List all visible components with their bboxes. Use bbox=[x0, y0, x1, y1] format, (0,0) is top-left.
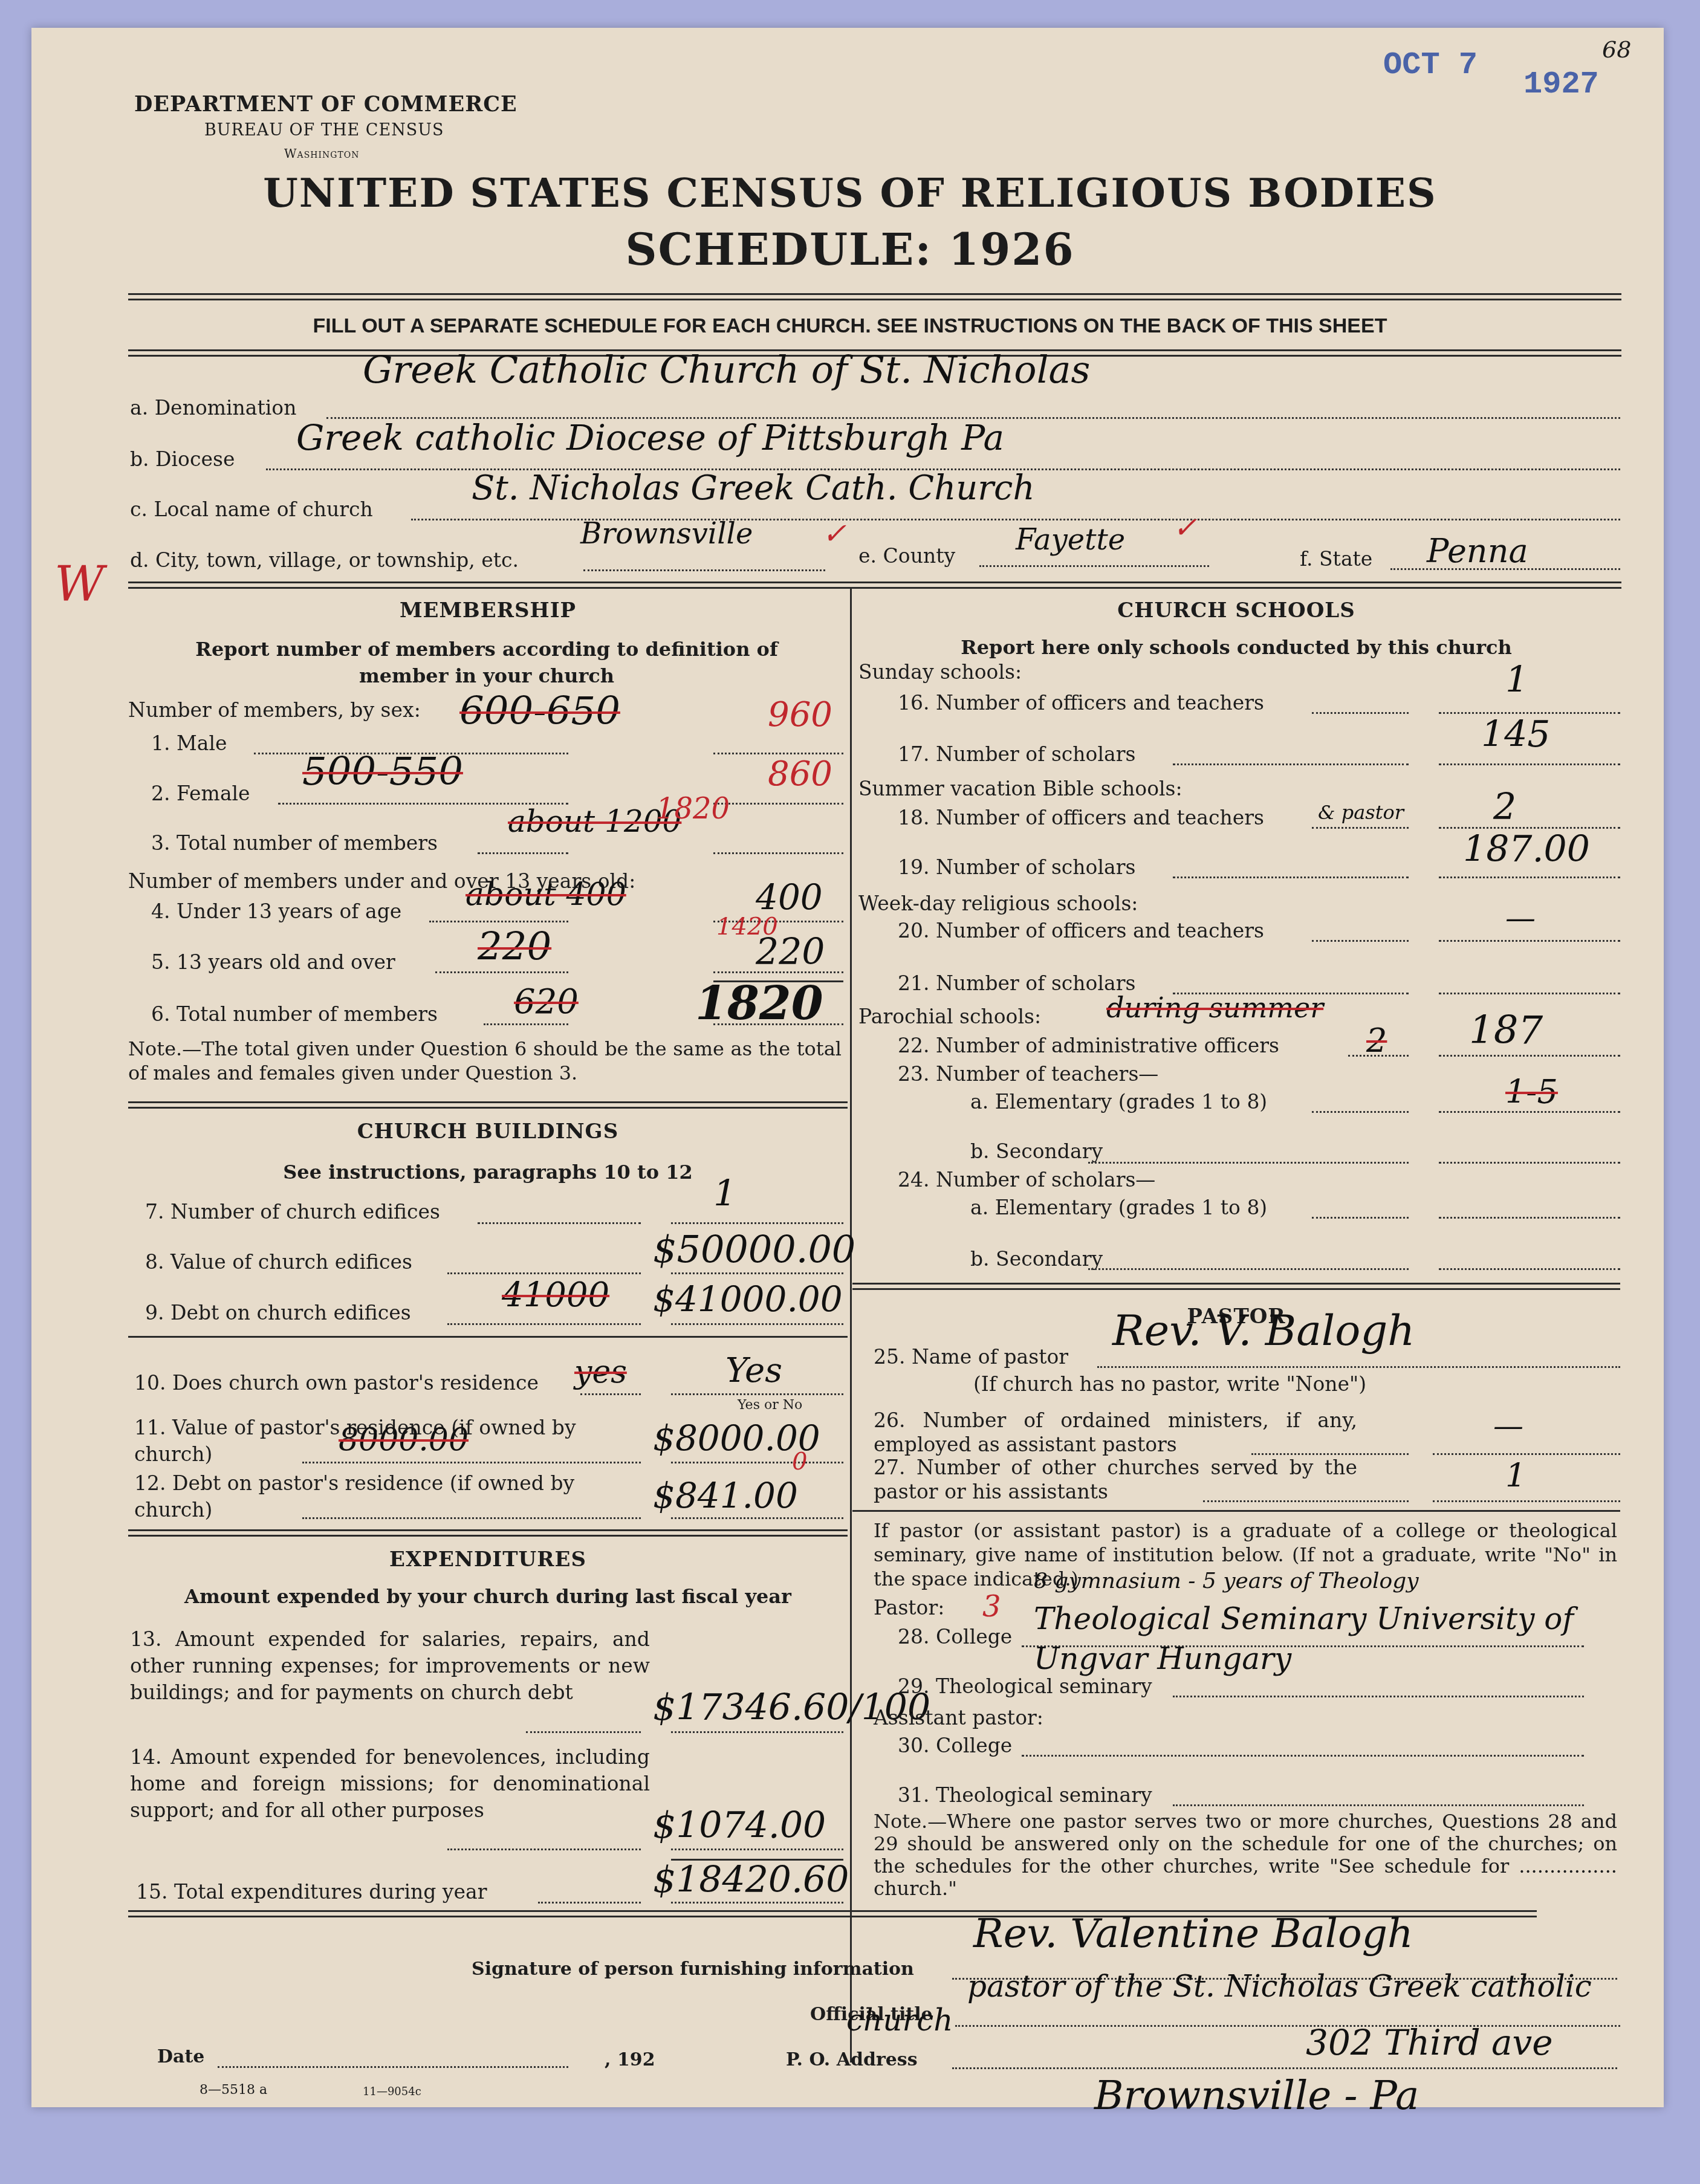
total-members-6-value[interactable]: 1820 bbox=[695, 976, 823, 1030]
other-churches-value[interactable]: 1 bbox=[1505, 1457, 1526, 1495]
assistant-seminary-label: 31. Theological seminary bbox=[898, 1783, 1152, 1807]
seminary-label: 29. Theological seminary bbox=[898, 1674, 1152, 1698]
assistant-pastor-label: Assistant pastor: bbox=[874, 1706, 1043, 1729]
teachers-label: 23. Number of teachers— bbox=[898, 1062, 1158, 1086]
edifices-debt-struck-value: 41000 bbox=[502, 1275, 609, 1315]
teachers-elementary-dots bbox=[1312, 1111, 1409, 1113]
benevolences-value[interactable]: $1074.00 bbox=[653, 1804, 826, 1847]
denomination-label: a. Denomination bbox=[130, 396, 296, 420]
weekday-teachers-dots bbox=[1312, 940, 1409, 942]
weekday-scholars-field[interactable] bbox=[1439, 993, 1620, 994]
buildings-heading: CHURCH BUILDINGS bbox=[128, 1120, 848, 1144]
total-members-6-label: 6. Total number of members bbox=[151, 1002, 438, 1026]
state-label: f. State bbox=[1300, 547, 1372, 571]
pastor-note: Note.—Where one pastor serves two or mor… bbox=[874, 1810, 1617, 1900]
form-title: UNITED STATES CENSUS OF RELIGIOUS BODIES bbox=[0, 169, 1700, 216]
other-churches-dots bbox=[1203, 1500, 1409, 1502]
total-members-6-struck-value: 620 bbox=[514, 982, 579, 1022]
assistant-ministers-value[interactable]: — bbox=[1493, 1408, 1523, 1444]
address-label: P. O. Address bbox=[786, 2049, 918, 2070]
admin-officers-field[interactable] bbox=[1439, 1055, 1620, 1057]
margin-mark: W bbox=[54, 556, 104, 612]
total-members-field[interactable] bbox=[713, 852, 843, 854]
summer-scholars-label: 19. Number of scholars bbox=[898, 855, 1135, 879]
admin-officers-struck-value: 2 bbox=[1366, 1022, 1387, 1060]
assistant-college-field[interactable] bbox=[1022, 1755, 1584, 1757]
edifices-count-value[interactable]: 1 bbox=[713, 1173, 736, 1215]
sunday-scholars-value[interactable]: 145 bbox=[1481, 713, 1551, 756]
summer-schools-label: Summer vacation Bible schools: bbox=[858, 777, 1183, 800]
pastor-name-field[interactable] bbox=[1097, 1366, 1620, 1368]
date-label: Date bbox=[157, 2046, 204, 2067]
residence-debt-field[interactable] bbox=[671, 1517, 843, 1519]
total-expenditures-field[interactable] bbox=[671, 1902, 843, 1904]
teachers-secondary-dots bbox=[1088, 1162, 1409, 1164]
local-name-label: c. Local name of church bbox=[130, 497, 373, 521]
male-value[interactable]: 960 bbox=[768, 695, 832, 734]
state-field[interactable] bbox=[1390, 568, 1620, 570]
residence-value-field[interactable] bbox=[671, 1462, 843, 1463]
female-value[interactable]: 860 bbox=[768, 754, 832, 794]
residence-debt-value[interactable]: $841.00 bbox=[653, 1475, 798, 1516]
total-members-dots bbox=[478, 852, 568, 854]
edifices-count-label: 7. Number of church edifices bbox=[145, 1200, 440, 1223]
pastor-subsection-label: Pastor: bbox=[874, 1596, 944, 1619]
admin-officers-label: 22. Number of administrative officers bbox=[898, 1034, 1279, 1057]
benevolences-label: 14. Amount expended for benevolences, in… bbox=[130, 1744, 650, 1824]
edifices-count-field[interactable] bbox=[671, 1222, 843, 1224]
assistant-ministers-label: 26. Number of ordained ministers, if any… bbox=[874, 1408, 1357, 1457]
bureau-heading: BUREAU OF THE CENSUS bbox=[204, 121, 444, 140]
column-divider bbox=[850, 588, 852, 2062]
total-members-6-dots bbox=[484, 1023, 568, 1025]
total-members-value[interactable]: 1820 bbox=[656, 792, 730, 826]
over-13-value[interactable]: 220 bbox=[756, 931, 825, 973]
teachers-secondary-label: b. Secondary bbox=[970, 1139, 1103, 1163]
schools-divider bbox=[852, 1283, 1620, 1290]
college-label: 28. College bbox=[898, 1625, 1012, 1648]
admin-officers-value[interactable]: 187 bbox=[1469, 1008, 1543, 1053]
teachers-elementary-label: a. Elementary (grades 1 to 8) bbox=[970, 1090, 1267, 1113]
schools-subtitle: Report here only schools conducted by th… bbox=[852, 636, 1620, 659]
total-expenditures-value[interactable]: $18420.60 bbox=[653, 1859, 849, 1901]
edifices-value[interactable]: $50000.00 bbox=[653, 1227, 855, 1271]
scholars-secondary-dots bbox=[1088, 1268, 1409, 1270]
signature-value[interactable]: Rev. Valentine Balogh bbox=[973, 1910, 1413, 1957]
teachers-elementary-struck-value: 1-5 bbox=[1505, 1073, 1558, 1111]
pastor-none-hint: (If church has no pastor, write "None") bbox=[973, 1372, 1366, 1396]
assistant-seminary-field[interactable] bbox=[1173, 1804, 1584, 1806]
edifices-debt-label: 9. Debt on church edifices bbox=[145, 1301, 411, 1324]
residence-debt-label: 12. Debt on pastor's residence (if owned… bbox=[134, 1470, 648, 1523]
buildings-subtitle: See instructions, paragraphs 10 to 12 bbox=[128, 1161, 848, 1184]
edifices-value-label: 8. Value of church edifices bbox=[145, 1250, 412, 1274]
pastor-name-label: 25. Name of pastor bbox=[874, 1345, 1068, 1369]
male-struck-value: 600-650 bbox=[459, 689, 620, 734]
teachers-secondary-field[interactable] bbox=[1439, 1162, 1620, 1164]
owns-residence-struck-value: yes bbox=[574, 1354, 627, 1390]
edifices-debt-value[interactable]: $41000.00 bbox=[653, 1278, 843, 1320]
state-value[interactable]: Penna bbox=[1427, 532, 1528, 570]
residence-value-struck-value: 8000.00 bbox=[339, 1422, 469, 1458]
weekday-teachers-value[interactable]: — bbox=[1505, 901, 1536, 936]
summer-teachers-value[interactable]: 2 bbox=[1493, 786, 1516, 828]
pastor-name-value[interactable]: Rev. V. Balogh bbox=[1112, 1306, 1415, 1355]
sunday-scholars-dots bbox=[1173, 763, 1409, 765]
schools-heading: CHURCH SCHOOLS bbox=[852, 598, 1620, 623]
summer-teachers-label: 18. Number of officers and teachers bbox=[898, 806, 1264, 829]
sunday-teachers-label: 16. Number of officers and teachers bbox=[898, 691, 1264, 714]
city-field[interactable] bbox=[583, 569, 825, 571]
edifices-debt-dots bbox=[447, 1323, 641, 1325]
under-13-value[interactable]: 400 bbox=[756, 877, 823, 918]
expenditures-heading: EXPENDITURES bbox=[128, 1547, 848, 1572]
running-expenses-dots bbox=[526, 1731, 641, 1733]
scholars-elementary-field[interactable] bbox=[1439, 1217, 1620, 1219]
checkmark-icon: ✓ bbox=[1173, 511, 1197, 545]
sunday-scholars-field[interactable] bbox=[1439, 763, 1620, 765]
county-field[interactable] bbox=[979, 565, 1209, 567]
weekday-teachers-label: 20. Number of officers and teachers bbox=[898, 919, 1264, 942]
membership-heading: MEMBERSHIP bbox=[128, 598, 848, 623]
teachers-elementary-field[interactable] bbox=[1439, 1111, 1620, 1113]
identification-divider bbox=[128, 582, 1621, 589]
received-stamp-year: 1927 bbox=[1523, 66, 1599, 102]
local-name-value[interactable]: St. Nicholas Greek Cath. Church bbox=[472, 468, 1034, 508]
over-13-struck-value: 220 bbox=[478, 925, 551, 970]
total-expenditures-dots bbox=[538, 1902, 641, 1904]
owns-residence-field[interactable] bbox=[671, 1393, 843, 1395]
scholars-elementary-dots bbox=[1312, 1217, 1409, 1219]
yes-or-no-hint: Yes or No bbox=[738, 1398, 802, 1413]
female-label: 2. Female bbox=[151, 782, 250, 805]
page-number: 68 bbox=[1602, 36, 1631, 63]
under-13-label: 4. Under 13 years of age bbox=[151, 899, 401, 923]
scholars-label: 24. Number of scholars— bbox=[898, 1168, 1155, 1191]
diocese-label: b. Diocese bbox=[130, 447, 235, 471]
form-code: 8—5518 a bbox=[200, 2082, 267, 2098]
edifices-value-dots bbox=[447, 1272, 641, 1274]
summer-teachers-note: & pastor bbox=[1318, 801, 1404, 824]
female-field[interactable] bbox=[713, 803, 843, 805]
seminary-field[interactable] bbox=[1173, 1696, 1584, 1697]
pastor-subdivider bbox=[852, 1510, 1620, 1512]
address-field[interactable] bbox=[952, 2067, 1617, 2069]
sunday-scholars-label: 17. Number of scholars bbox=[898, 742, 1135, 766]
pastor-mark: 3 bbox=[982, 1590, 1001, 1624]
assistant-college-label: 30. College bbox=[898, 1734, 1012, 1757]
owns-residence-label: 10. Does church own pastor's residence bbox=[134, 1371, 539, 1395]
assistant-ministers-field[interactable] bbox=[1433, 1453, 1620, 1455]
benevolences-dots bbox=[447, 1849, 641, 1850]
residence-debt-correction: 0 bbox=[792, 1448, 807, 1476]
membership-divider bbox=[128, 1101, 848, 1109]
weekday-scholars-label: 21. Number of scholars bbox=[898, 971, 1135, 995]
summer-scholars-dots bbox=[1173, 877, 1409, 878]
checkmark-icon: ✓ bbox=[822, 517, 846, 551]
schedule-title: SCHEDULE: 1926 bbox=[0, 224, 1700, 275]
other-churches-field[interactable] bbox=[1433, 1500, 1620, 1502]
membership-note: Note.—The total given under Question 6 s… bbox=[128, 1037, 842, 1085]
running-expenses-label: 13. Amount expended for salaries, repair… bbox=[130, 1626, 650, 1706]
owns-residence-dots bbox=[580, 1393, 641, 1395]
summer-scholars-field[interactable] bbox=[1439, 877, 1620, 878]
diocese-value[interactable]: Greek catholic Diocese of Pittsburgh Pa bbox=[296, 417, 1004, 458]
edifices-debt-field[interactable] bbox=[671, 1323, 843, 1325]
sunday-teachers-dots bbox=[1312, 712, 1409, 714]
residence-debt-dots bbox=[302, 1517, 641, 1519]
residence-value-dots bbox=[302, 1462, 641, 1463]
scholars-secondary-label: b. Secondary bbox=[970, 1247, 1103, 1271]
benevolences-field[interactable] bbox=[671, 1849, 843, 1850]
female-struck-value: 500-550 bbox=[302, 750, 463, 794]
sunday-teachers-value[interactable]: 1 bbox=[1505, 659, 1528, 701]
print-code: 11—9054c bbox=[363, 2085, 421, 2098]
department-heading: DEPARTMENT OF COMMERCE bbox=[134, 92, 517, 117]
under-13-struck-value: about 400 bbox=[466, 877, 626, 913]
weekday-schools-label: Week-day religious schools: bbox=[858, 892, 1138, 915]
buildings-divider bbox=[128, 1529, 848, 1537]
scholars-elementary-label: a. Elementary (grades 1 to 8) bbox=[970, 1196, 1267, 1219]
city-heading: Washington bbox=[284, 146, 360, 161]
over-13-dots bbox=[435, 971, 568, 973]
city-value[interactable]: Brownsville bbox=[580, 517, 753, 551]
county-value[interactable]: Fayette bbox=[1016, 523, 1125, 557]
college-note: 8 gymnasium - 5 years of Theology bbox=[1034, 1569, 1419, 1593]
sunday-schools-label: Sunday schools: bbox=[858, 660, 1022, 684]
parochial-note: during summer bbox=[1106, 991, 1323, 1024]
total-members-label: 3. Total number of members bbox=[151, 831, 438, 855]
city-label: d. City, town, village, or township, etc… bbox=[130, 548, 519, 572]
header-divider bbox=[128, 293, 1621, 300]
scholars-secondary-field[interactable] bbox=[1439, 1268, 1620, 1270]
male-label: 1. Male bbox=[151, 731, 227, 755]
edifices-count-dots bbox=[478, 1222, 641, 1224]
expenditures-subtitle: Amount expended by your church during la… bbox=[128, 1585, 848, 1608]
owns-residence-value[interactable]: Yes bbox=[725, 1351, 782, 1390]
county-label: e. County bbox=[858, 544, 955, 568]
denomination-value[interactable]: Greek Catholic Church of St. Nicholas bbox=[363, 348, 1090, 392]
weekday-teachers-field[interactable] bbox=[1439, 940, 1620, 942]
membership-subtitle: Report number of members according to de… bbox=[175, 636, 798, 689]
summer-teachers-dots bbox=[1312, 827, 1409, 829]
edifices-value-field[interactable] bbox=[671, 1272, 843, 1274]
college-value[interactable]: Theological Seminary University of Ungva… bbox=[1034, 1599, 1608, 1679]
summer-scholars-value[interactable]: 187.00 bbox=[1463, 828, 1590, 870]
by-sex-label: Number of members, by sex: bbox=[128, 698, 421, 722]
date-year-prefix: , 192 bbox=[605, 2049, 655, 2070]
total-expenditures-label: 15. Total expenditures during year bbox=[136, 1880, 487, 1904]
over-13-label: 5. 13 years old and over bbox=[151, 950, 395, 974]
date-field[interactable] bbox=[218, 2066, 568, 2068]
address-line-2[interactable]: Brownsville - Pa bbox=[1094, 2072, 1419, 2119]
fill-out-instruction: FILL OUT A SEPARATE SCHEDULE FOR EACH CH… bbox=[0, 314, 1700, 338]
received-stamp-date: OCT 7 bbox=[1383, 47, 1478, 83]
under-13-dots bbox=[429, 921, 568, 922]
parochial-schools-label: Parochial schools: bbox=[858, 1005, 1041, 1028]
assistant-ministers-dots bbox=[1251, 1453, 1409, 1455]
other-churches-label: 27. Number of other churches served by t… bbox=[874, 1456, 1357, 1504]
buildings-subdivider bbox=[128, 1336, 848, 1338]
running-expenses-field[interactable] bbox=[671, 1731, 843, 1733]
address-line-1[interactable]: 302 Third ave bbox=[1306, 2022, 1553, 2063]
